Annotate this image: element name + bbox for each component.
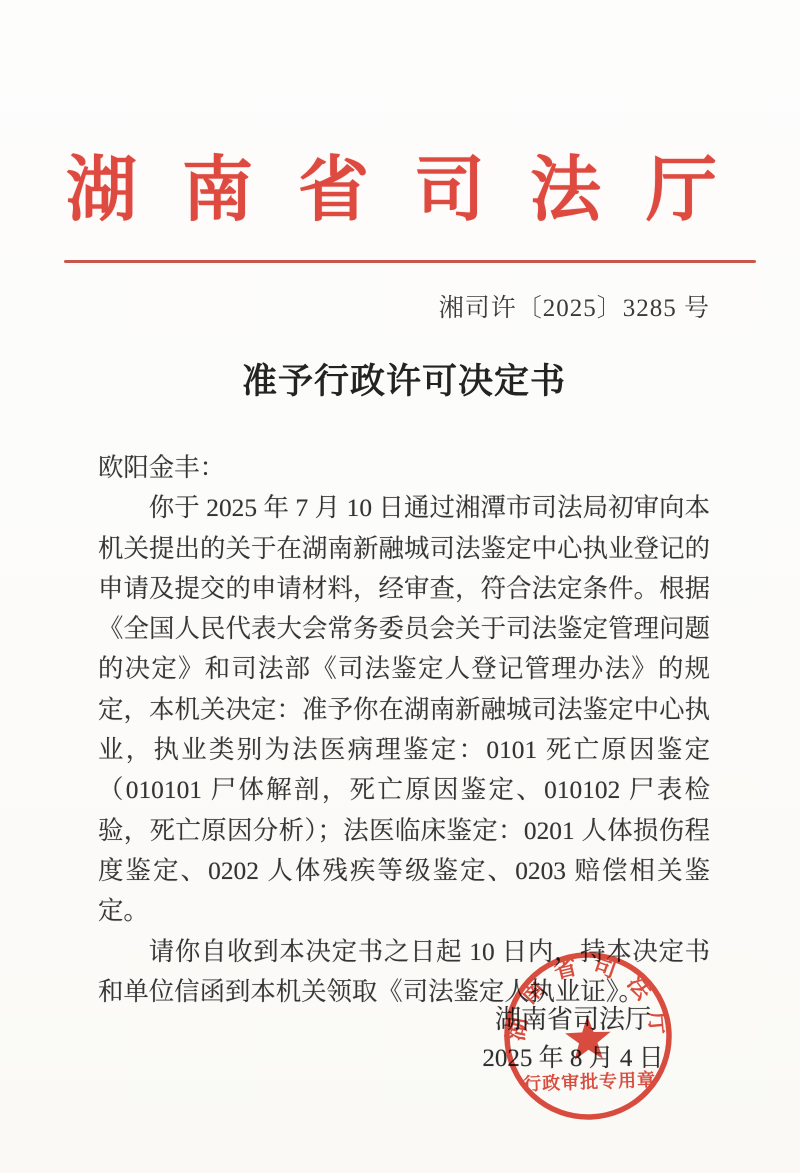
seal-star-icon (565, 1015, 612, 1060)
seal-bottom-text: 行政审批专用章 (523, 1069, 657, 1095)
addressee: 欧阳金丰： (98, 448, 710, 488)
document-page: 湖南省司法厅 湘司许〔2025〕3285 号 准予行政许可决定书 欧阳金丰： 你… (0, 0, 800, 1173)
doc-number: 湘司许〔2025〕3285 号 (98, 288, 710, 324)
red-divider-line (64, 260, 756, 263)
doc-title: 准予行政许可决定书 (98, 354, 710, 404)
agency-letterhead: 湖南省司法厅 (66, 148, 762, 234)
official-seal-icon: 湖南省司法厅 行政审批专用章 (497, 945, 679, 1127)
paragraph-decision: 你于 2025 年 7 月 10 日通过湘潭市司法局初审向本机关提出的关于在湖南… (98, 488, 710, 931)
document-body: 欧阳金丰： 你于 2025 年 7 月 10 日通过湘潭市司法局初审向本机关提出… (98, 448, 710, 1012)
